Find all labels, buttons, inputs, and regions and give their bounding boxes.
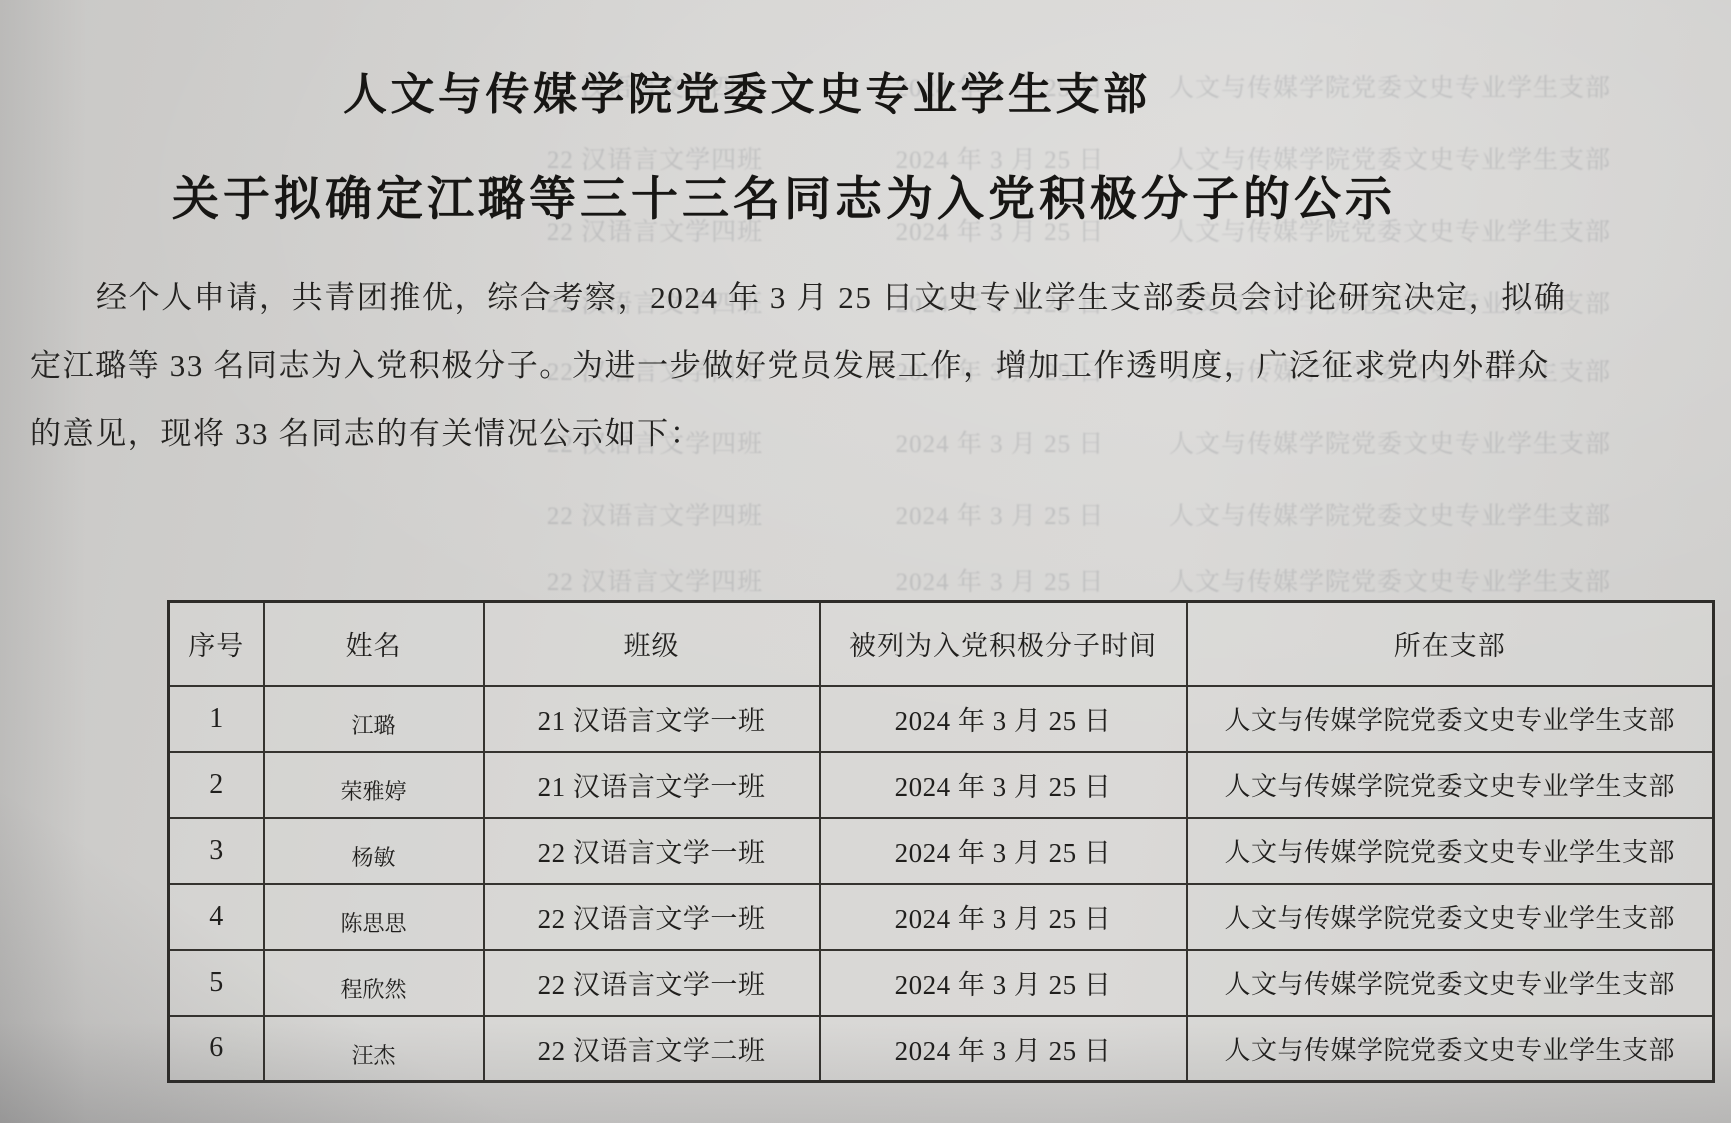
column-header-name: 姓名 (264, 602, 484, 686)
column-header-branch: 所在支部 (1187, 602, 1714, 686)
cell-name: 陈思思 (264, 884, 484, 950)
table-row: 6 汪杰 22 汉语言文学二班 2024 年 3 月 25 日 人文与传媒学院党… (169, 1016, 1714, 1082)
cell-index: 3 (169, 818, 264, 884)
column-header-index: 序号 (169, 602, 264, 686)
cell-branch: 人文与传媒学院党委文史专业学生支部 (1187, 950, 1714, 1016)
cell-class: 22 汉语言文学一班 (484, 950, 820, 1016)
cell-index: 6 (169, 1016, 264, 1082)
document-title-line1: 人文与传媒学院党委文史专业学生支部 (343, 58, 1151, 122)
cell-index: 4 (169, 884, 264, 950)
table-row: 3 杨敏 22 汉语言文学一班 2024 年 3 月 25 日 人文与传媒学院党… (169, 818, 1714, 884)
cell-date: 2024 年 3 月 25 日 (820, 752, 1187, 818)
cell-class: 21 汉语言文学一班 (484, 686, 820, 752)
body-paragraph-line2: 定江璐等 33 名同志为入党积极分子。为进一步做好党员发展工作，增加工作透明度，… (30, 340, 1550, 385)
cell-class: 22 汉语言文学二班 (484, 1016, 820, 1082)
table-row: 5 程欣然 22 汉语言文学一班 2024 年 3 月 25 日 人文与传媒学院… (169, 950, 1714, 1016)
cell-branch: 人文与传媒学院党委文史专业学生支部 (1187, 884, 1714, 950)
cell-index: 5 (169, 950, 264, 1016)
cell-branch: 人文与传媒学院党委文史专业学生支部 (1187, 1016, 1714, 1082)
document-title-line2: 关于拟确定江璐等三十三名同志为入党积极分子的公示 (172, 162, 1396, 229)
cell-date: 2024 年 3 月 25 日 (820, 818, 1187, 884)
cell-class: 22 汉语言文学一班 (484, 884, 820, 950)
cell-name: 程欣然 (264, 950, 484, 1016)
document-page: 人文与传媒学院党委文史专业学生支部 关于拟确定江璐等三十三名同志为入党积极分子的… (0, 0, 1731, 1123)
cell-name: 杨敏 (264, 818, 484, 884)
cell-name: 汪杰 (264, 1016, 484, 1082)
table-row: 2 荣雅婷 21 汉语言文学一班 2024 年 3 月 25 日 人文与传媒学院… (169, 752, 1714, 818)
cell-date: 2024 年 3 月 25 日 (820, 950, 1187, 1016)
cell-branch: 人文与传媒学院党委文史专业学生支部 (1187, 818, 1714, 884)
cell-branch: 人文与传媒学院党委文史专业学生支部 (1187, 752, 1714, 818)
body-paragraph-line3: 的意见，现将 33 名同志的有关情况公示如下： (30, 408, 702, 453)
cell-date: 2024 年 3 月 25 日 (820, 686, 1187, 752)
cell-class: 22 汉语言文学一班 (484, 818, 820, 884)
cell-index: 1 (169, 686, 264, 752)
cell-index: 2 (169, 752, 264, 818)
cell-name: 江璐 (264, 686, 484, 752)
body-paragraph-line1: 经个人申请，共青团推优，综合考察，2024 年 3 月 25 日文史专业学生支部… (96, 272, 1566, 317)
table-row: 4 陈思思 22 汉语言文学一班 2024 年 3 月 25 日 人文与传媒学院… (169, 884, 1714, 950)
cell-name: 荣雅婷 (264, 752, 484, 818)
cell-branch: 人文与传媒学院党委文史专业学生支部 (1187, 686, 1714, 752)
cell-date: 2024 年 3 月 25 日 (820, 1016, 1187, 1082)
column-header-class: 班级 (484, 602, 820, 686)
cell-date: 2024 年 3 月 25 日 (820, 884, 1187, 950)
table-row: 1 江璐 21 汉语言文学一班 2024 年 3 月 25 日 人文与传媒学院党… (169, 686, 1714, 752)
table-header-row: 序号 姓名 班级 被列为入党积极分子时间 所在支部 (169, 602, 1714, 686)
cell-class: 21 汉语言文学一班 (484, 752, 820, 818)
candidates-table: 序号 姓名 班级 被列为入党积极分子时间 所在支部 1 江璐 21 汉语言文学一… (167, 600, 1715, 1083)
column-header-date: 被列为入党积极分子时间 (820, 602, 1187, 686)
